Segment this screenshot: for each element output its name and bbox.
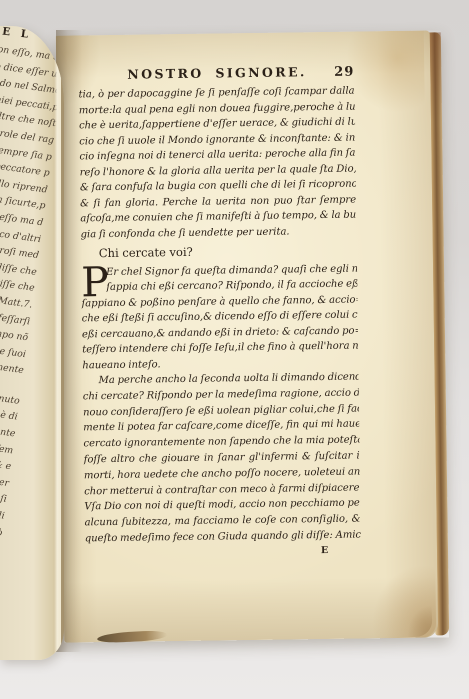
running-title: NOSTRO SIGNORE. xyxy=(127,64,307,82)
paragraph-2: P Er chel Signor fa queſta dimanda? quaſ… xyxy=(81,261,358,373)
signature-mark: E xyxy=(321,545,328,556)
text-line: queſto medeſimo fece con Giuda quando gl… xyxy=(85,527,361,547)
right-page: NOSTRO SIGNORE. 29 tia, ò per dapocaggin… xyxy=(56,30,438,642)
left-page: D E L or non eſſo, ma quſteſſo dice eſſe… xyxy=(0,26,64,660)
text-column: tia, ò per dapocaggine ſe ſi penſaſſe co… xyxy=(79,84,361,548)
corner-curl xyxy=(401,596,433,637)
text-line: gia ſi confonda che ſi uendette per ueri… xyxy=(80,223,356,242)
running-head: NOSTRO SIGNORE. 29 xyxy=(78,64,354,84)
paragraph-2-lines: Er chel Signor fa queſta dimanda? quaſi … xyxy=(81,261,358,373)
left-page-fragments: or non eſſo, ma quſteſſo dice eſſer uean… xyxy=(0,35,64,542)
left-running-title: D E L xyxy=(0,26,32,41)
left-page-text: D E L or non eſſo, ma quſteſſo dice eſſe… xyxy=(0,26,64,542)
drop-cap: P xyxy=(81,265,106,296)
section-heading: Chi cercate voi? xyxy=(81,243,357,262)
paragraph-1: tia, ò per dapocaggine ſe ſi penſaſſe co… xyxy=(79,84,357,243)
photo-backdrop: NOSTRO SIGNORE. 29 tia, ò per dapocaggin… xyxy=(0,0,469,699)
ink-smudge xyxy=(97,630,167,643)
right-page-block: NOSTRO SIGNORE. 29 tia, ò per dapocaggin… xyxy=(56,30,449,642)
paragraph-3: Ma perche ancho la ſeconda uolta li dima… xyxy=(82,370,360,548)
page-number: 29 xyxy=(334,65,354,80)
